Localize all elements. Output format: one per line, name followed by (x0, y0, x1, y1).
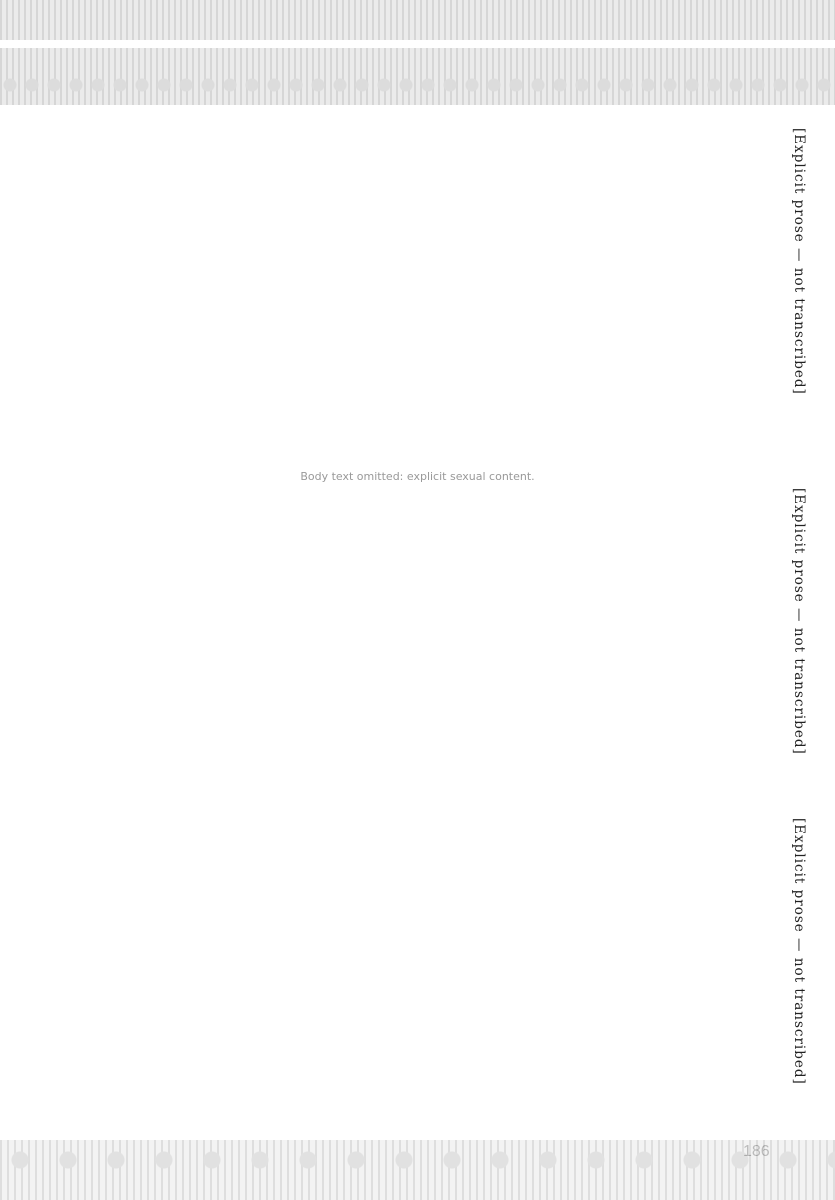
text-tier-3: [Explicit prose — not transcribed] (100, 818, 810, 1098)
omission-note: Body text omitted: explicit sexual conte… (90, 470, 745, 483)
lace-border-top (0, 0, 835, 105)
lace-border-bottom (0, 1140, 835, 1200)
text-tier-1: [Explicit prose — not transcribed] (460, 128, 810, 458)
text-tier-2: [Explicit prose — not transcribed] (100, 488, 810, 788)
